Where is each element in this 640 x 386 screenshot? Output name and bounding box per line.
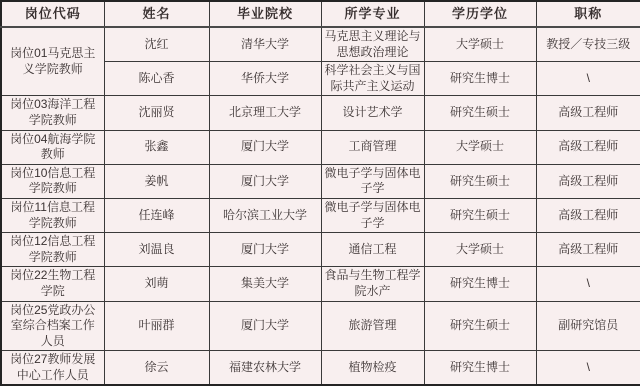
cell-code: 岗位11信息工程学院教师 bbox=[1, 198, 104, 232]
column-header: 学历学位 bbox=[424, 1, 536, 27]
cell-degree: 研究生硕士 bbox=[424, 164, 536, 198]
cell-code: 岗位25党政办公室综合档案工作人员 bbox=[1, 301, 104, 351]
cell-school: 华侨大学 bbox=[209, 62, 321, 96]
cell-code: 岗位22生物工程学院 bbox=[1, 267, 104, 301]
cell-school: 北京理工大学 bbox=[209, 96, 321, 130]
cell-degree: 研究生博士 bbox=[424, 62, 536, 96]
cell-school: 厦门大学 bbox=[209, 301, 321, 351]
column-header: 姓名 bbox=[104, 1, 209, 27]
cell-major: 食品与生物工程学院水产 bbox=[321, 267, 424, 301]
cell-name: 陈心香 bbox=[104, 62, 209, 96]
table-row: 岗位01马克思主义学院教师沈红清华大学马克思主义理论与思想政治理论大学硕士教授／… bbox=[1, 27, 640, 62]
cell-degree: 研究生硕士 bbox=[424, 198, 536, 232]
cell-name: 沈丽贤 bbox=[104, 96, 209, 130]
column-header: 毕业院校 bbox=[209, 1, 321, 27]
cell-major: 马克思主义理论与思想政治理论 bbox=[321, 27, 424, 62]
cell-title: 副研究馆员 bbox=[536, 301, 640, 351]
cell-degree: 大学硕士 bbox=[424, 27, 536, 62]
table-row: 岗位11信息工程学院教师任连峰哈尔滨工业大学微电子学与固体电子学研究生硕士高级工… bbox=[1, 198, 640, 232]
cell-name: 徐云 bbox=[104, 351, 209, 386]
cell-school: 厦门大学 bbox=[209, 233, 321, 267]
cell-name: 任连峰 bbox=[104, 198, 209, 232]
cell-degree: 研究生博士 bbox=[424, 351, 536, 386]
cell-code: 岗位03海洋工程学院教师 bbox=[1, 96, 104, 130]
cell-school: 厦门大学 bbox=[209, 164, 321, 198]
cell-degree: 大学硕士 bbox=[424, 233, 536, 267]
recruitment-table-page: 岗位代码姓名毕业院校所学专业学历学位职称 岗位01马克思主义学院教师沈红清华大学… bbox=[0, 0, 640, 305]
cell-school: 集美大学 bbox=[209, 267, 321, 301]
cell-name: 张鑫 bbox=[104, 130, 209, 164]
cell-school: 福建农林大学 bbox=[209, 351, 321, 386]
cell-name: 沈红 bbox=[104, 27, 209, 62]
cell-name: 姜帆 bbox=[104, 164, 209, 198]
table-row: 岗位03海洋工程学院教师沈丽贤北京理工大学设计艺术学研究生硕士高级工程师 bbox=[1, 96, 640, 130]
cell-degree: 研究生硕士 bbox=[424, 301, 536, 351]
cell-degree: 研究生博士 bbox=[424, 267, 536, 301]
cell-name: 刘温良 bbox=[104, 233, 209, 267]
cell-code: 岗位12信息工程学院教师 bbox=[1, 233, 104, 267]
cell-name: 刘萌 bbox=[104, 267, 209, 301]
cell-title: 高级工程师 bbox=[536, 164, 640, 198]
table-row: 岗位12信息工程学院教师刘温良厦门大学通信工程大学硕士高级工程师 bbox=[1, 233, 640, 267]
cell-title: 教授／专技三级 bbox=[536, 27, 640, 62]
cell-school: 清华大学 bbox=[209, 27, 321, 62]
cell-major: 科学社会主义与国际共产主义运动 bbox=[321, 62, 424, 96]
cell-major: 通信工程 bbox=[321, 233, 424, 267]
table-row: 岗位04航海学院教师张鑫厦门大学工商管理大学硕士高级工程师 bbox=[1, 130, 640, 164]
cell-title: \ bbox=[536, 351, 640, 386]
cell-title: \ bbox=[536, 267, 640, 301]
cell-school: 厦门大学 bbox=[209, 130, 321, 164]
header-row: 岗位代码姓名毕业院校所学专业学历学位职称 bbox=[1, 1, 640, 27]
column-header: 所学专业 bbox=[321, 1, 424, 27]
cell-degree: 研究生硕士 bbox=[424, 96, 536, 130]
column-header: 职称 bbox=[536, 1, 640, 27]
cell-major: 工商管理 bbox=[321, 130, 424, 164]
column-header: 岗位代码 bbox=[1, 1, 104, 27]
cell-major: 微电子学与固体电子学 bbox=[321, 198, 424, 232]
cell-title: 高级工程师 bbox=[536, 233, 640, 267]
cell-code: 岗位27教师发展中心工作人员 bbox=[1, 351, 104, 386]
cell-name: 叶丽群 bbox=[104, 301, 209, 351]
cell-major: 设计艺术学 bbox=[321, 96, 424, 130]
cell-degree: 大学硕士 bbox=[424, 130, 536, 164]
cell-major: 植物检疫 bbox=[321, 351, 424, 386]
cell-major: 微电子学与固体电子学 bbox=[321, 164, 424, 198]
cell-major: 旅游管理 bbox=[321, 301, 424, 351]
table-row: 岗位27教师发展中心工作人员徐云福建农林大学植物检疫研究生博士\ bbox=[1, 351, 640, 386]
cell-title: \ bbox=[536, 62, 640, 96]
table-row: 岗位10信息工程学院教师姜帆厦门大学微电子学与固体电子学研究生硕士高级工程师 bbox=[1, 164, 640, 198]
cell-code: 岗位01马克思主义学院教师 bbox=[1, 27, 104, 96]
table-row: 岗位22生物工程学院刘萌集美大学食品与生物工程学院水产研究生博士\ bbox=[1, 267, 640, 301]
cell-title: 高级工程师 bbox=[536, 130, 640, 164]
cell-title: 高级工程师 bbox=[536, 96, 640, 130]
recruitment-table: 岗位代码姓名毕业院校所学专业学历学位职称 岗位01马克思主义学院教师沈红清华大学… bbox=[0, 0, 640, 386]
cell-code: 岗位04航海学院教师 bbox=[1, 130, 104, 164]
cell-title: 高级工程师 bbox=[536, 198, 640, 232]
cell-code: 岗位10信息工程学院教师 bbox=[1, 164, 104, 198]
cell-school: 哈尔滨工业大学 bbox=[209, 198, 321, 232]
table-row: 岗位25党政办公室综合档案工作人员叶丽群厦门大学旅游管理研究生硕士副研究馆员 bbox=[1, 301, 640, 351]
